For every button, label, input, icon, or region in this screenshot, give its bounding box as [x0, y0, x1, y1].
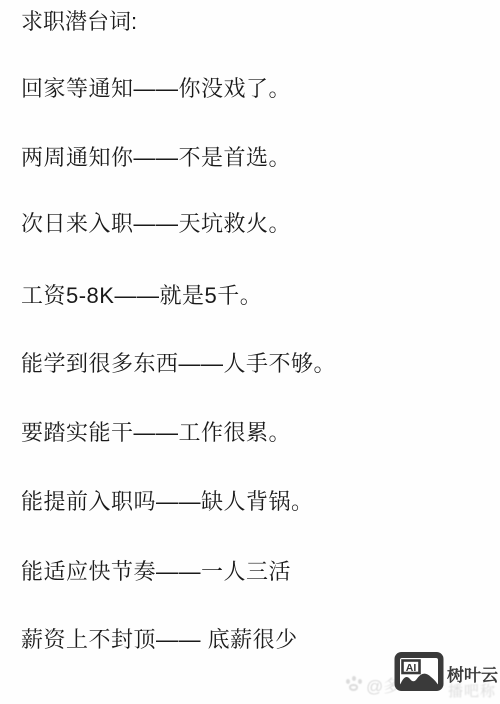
hint-line: 能适应快节奏——一人三活	[21, 559, 291, 585]
faint-source-watermark-left: @多	[346, 672, 400, 697]
page-title: 求职潜台词:	[21, 9, 137, 35]
hint-line: 工资5-8K——就是5千。	[21, 283, 262, 309]
ai-picture-icon: AI	[394, 650, 444, 693]
svg-text:AI: AI	[406, 662, 417, 674]
ai-image-badge: AI	[394, 650, 444, 693]
paw-icon	[346, 676, 364, 694]
hint-line: 薪资上不封顶—— 底薪很少	[21, 627, 298, 653]
hint-line: 次日来入职——天坑救火。	[21, 211, 291, 237]
hint-line: 能提前入职吗——缺人背锅。	[21, 489, 314, 515]
text-image-page: 求职潜台词: 回家等通知——你没戏了。 两周通知你——不是首选。 次日来入职——…	[0, 0, 500, 704]
hint-line: 回家等通知——你没戏了。	[21, 76, 291, 102]
hint-line: 两周通知你——不是首选。	[21, 145, 291, 171]
hint-line: 要踏实能干——工作很累。	[21, 420, 291, 446]
hint-line: 能学到很多东西——人手不够。	[21, 351, 336, 377]
brand-name: 树叶云	[447, 661, 498, 686]
